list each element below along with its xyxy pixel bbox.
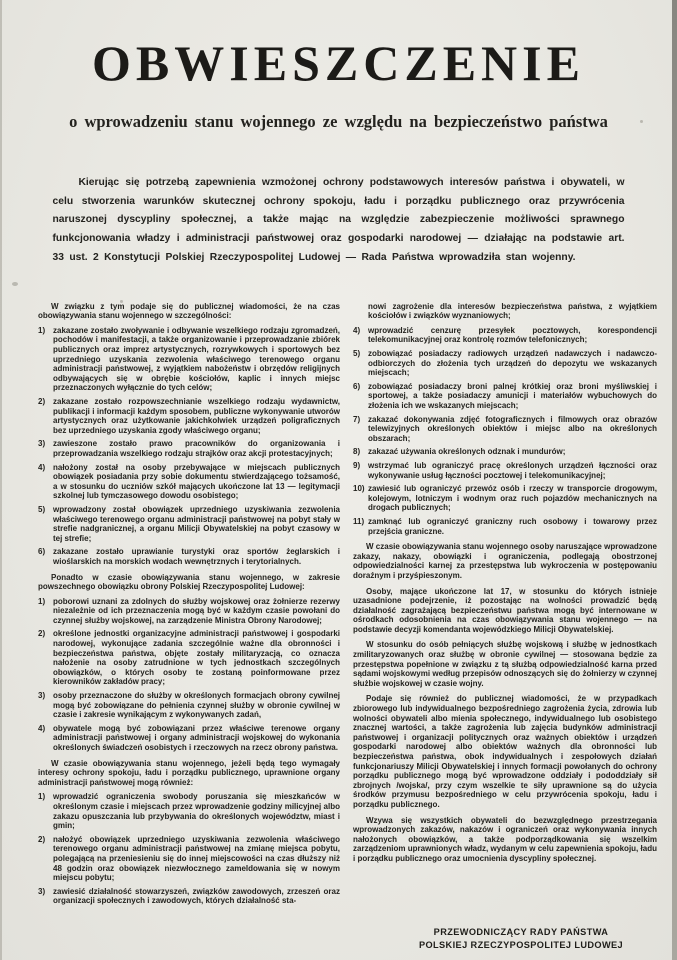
document-subtitle: o wprowadzeniu stanu wojennego ze względ… (30, 112, 647, 132)
signature-title-line1: PRZEWODNICZĄCY RADY PAŃSTWA (391, 926, 651, 939)
signature-title-line2: POLSKIEJ RZECZYPOSPOLITEJ LUDOWEJ (391, 939, 651, 952)
item-text: wprowadzić ograniczenia swobody poruszan… (53, 792, 340, 830)
two-column-body: W związku z tym podaje się do publicznej… (38, 302, 657, 910)
list-item: 7) zakazać dokonywania zdjęć fotograficz… (353, 415, 657, 444)
section-intro-paragraph: W związku z tym podaje się do publicznej… (38, 302, 340, 321)
item-text: zakazać używania określonych odznak i mu… (368, 447, 657, 457)
list-item: 3) zawieszone zostało prawo pracowników … (38, 439, 340, 458)
paper-speck (12, 282, 18, 286)
body-paragraph: Podaje się również do publicznej wiadomo… (353, 694, 657, 809)
list-item: 3) osoby przeznaczone do służby w określ… (38, 691, 340, 720)
item-number: 5) (38, 505, 53, 543)
list-item: 4) nałożony został na osoby przebywające… (38, 463, 340, 501)
item-text: zakazane zostało zwoływanie i odbywanie … (53, 326, 340, 393)
left-column: W związku z tym podaje się do publicznej… (38, 302, 340, 910)
item-number: 2) (38, 835, 53, 883)
item-number: 6) (38, 547, 53, 566)
item-text: zamknąć lub ograniczyć graniczny ruch os… (368, 517, 657, 536)
item-text: wprowadzony został obowiązek uprzedniego… (53, 505, 340, 543)
item-number: 1) (38, 792, 53, 830)
item-number: 2) (38, 629, 53, 687)
right-column: nowi zagrożenie dla interesów bezpieczeń… (353, 302, 657, 869)
list-item: 2) zakazane zostało rozpowszechnianie ws… (38, 397, 340, 435)
list-item: 3) zawiesić działalność stowarzyszeń, zw… (38, 887, 340, 906)
item-number: 3) (38, 887, 53, 906)
signature-block: PRZEWODNICZĄCY RADY PAŃSTWA POLSKIEJ RZE… (391, 926, 651, 952)
list-item: 5) wprowadzony został obowiązek uprzedni… (38, 505, 340, 543)
preamble-paragraph: Kierując się potrzebą zapewnienia wzmożo… (53, 174, 625, 268)
item-number: 6) (353, 382, 368, 411)
item-number: 1) (38, 326, 53, 393)
body-paragraph: W czasie obowiązywania stanu wojennego o… (353, 542, 657, 580)
body-paragraph: W stosunku do osób pełniących służbę woj… (353, 640, 657, 688)
item-number: 3) (38, 439, 53, 458)
item-number: 10) (353, 484, 368, 513)
item-text: zawieszone zostało prawo pracowników do … (53, 439, 340, 458)
item-number: 2) (38, 397, 53, 435)
document-title: OBWIESZCZENIE (0, 34, 677, 92)
item-number: 1) (38, 597, 53, 626)
item-text: wstrzymać lub ograniczyć pracę określony… (368, 461, 657, 480)
proclamation-poster: OBWIESZCZENIE o wprowadzeniu stanu wojen… (0, 0, 677, 960)
item-text: zobowiązać posiadaczy radiowych urządzeń… (368, 349, 657, 378)
list-item: 10) zawiesić lub ograniczyć przewóz osób… (353, 484, 657, 513)
item-number: 3) (38, 691, 53, 720)
list-item: 1) zakazane zostało zwoływanie i odbywan… (38, 326, 340, 393)
item-text: nałożyć obowiązek uprzedniego uzyskiwani… (53, 835, 340, 883)
list-item: 1) wprowadzić ograniczenia swobody porus… (38, 792, 340, 830)
list-item: 1) poborowi uznani za zdolnych do służby… (38, 597, 340, 626)
list-item: 11) zamknąć lub ograniczyć graniczny ruc… (353, 517, 657, 536)
paper-speck (120, 300, 123, 303)
section-intro-paragraph: W czasie obowiązywania stanu wojennego, … (38, 759, 340, 788)
item-text: wprowadzić cenzurę przesyłek pocztowych,… (368, 326, 657, 345)
list-item: 6) zobowiązać posiadaczy broni palnej kr… (353, 382, 657, 411)
list-item: 9) wstrzymać lub ograniczyć pracę określ… (353, 461, 657, 480)
item-text: zobowiązać posiadaczy broni palnej krótk… (368, 382, 657, 411)
item-text: osoby przeznaczone do służby w określony… (53, 691, 340, 720)
item-number: 8) (353, 447, 368, 457)
scan-edge-artifact-right (672, 0, 677, 960)
item-text: obywatele mogą być zobowiązani przez wła… (53, 724, 340, 753)
item-number: 9) (353, 461, 368, 480)
item-text: zawiesić lub ograniczyć przewóz osób i r… (368, 484, 657, 513)
scan-edge-artifact-left (0, 0, 2, 960)
item-number: 4) (38, 463, 53, 501)
column-continuation-text: nowi zagrożenie dla interesów bezpieczeń… (353, 302, 657, 321)
list-item: 6) zakazane zostało uprawianie turystyki… (38, 547, 340, 566)
item-number: 4) (38, 724, 53, 753)
item-number: 5) (353, 349, 368, 378)
list-item: 2) określone jednostki organizacyjne adm… (38, 629, 340, 687)
section-intro-paragraph: Ponadto w czasie obowiązywania stanu woj… (38, 573, 340, 592)
item-text: zakazać dokonywania zdjęć fotograficznyc… (368, 415, 657, 444)
item-number: 4) (353, 326, 368, 345)
item-text: nałożony został na osoby przebywające w … (53, 463, 340, 501)
curfew-emphasis: godziny milicyjnej (252, 802, 321, 811)
item-number: 11) (353, 517, 368, 536)
item-text: określone jednostki organizacyjne admini… (53, 629, 340, 687)
list-item: 4) obywatele mogą być zobowiązani przez … (38, 724, 340, 753)
list-item: 2) nałożyć obowiązek uprzedniego uzyskiw… (38, 835, 340, 883)
paper-speck (640, 120, 643, 123)
list-item: 4) wprowadzić cenzurę przesyłek pocztowy… (353, 326, 657, 345)
item-text: zawiesić działalność stowarzyszeń, związ… (53, 887, 340, 906)
item-text: zakazane zostało rozpowszechnianie wszel… (53, 397, 340, 435)
body-paragraph: Osoby, mające ukończone lat 17, w stosun… (353, 587, 657, 635)
item-text: poborowi uznani za zdolnych do służby wo… (53, 597, 340, 626)
item-number: 7) (353, 415, 368, 444)
body-paragraph: Wzywa się wszystkich obywateli do bezwzg… (353, 816, 657, 864)
item-text: zakazane zostało uprawianie turystyki or… (53, 547, 340, 566)
list-item: 8) zakazać używania określonych odznak i… (353, 447, 657, 457)
list-item: 5) zobowiązać posiadaczy radiowych urząd… (353, 349, 657, 378)
